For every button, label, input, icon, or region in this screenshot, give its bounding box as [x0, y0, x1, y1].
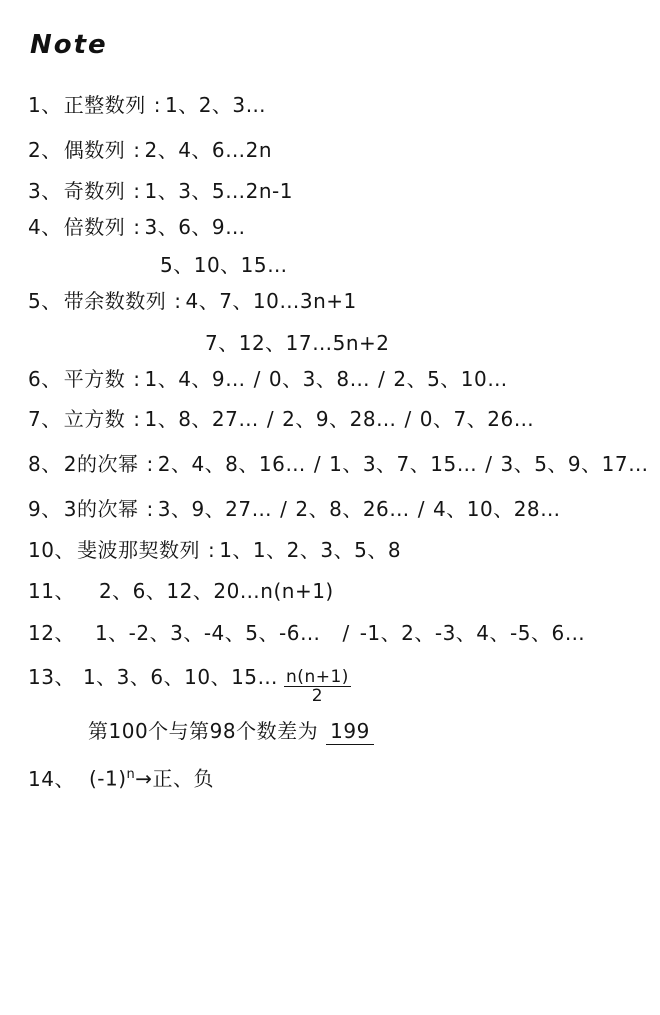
sequence: 3、9、27…	[158, 497, 272, 521]
sequence: 1、3、5…2n-1	[144, 179, 293, 203]
note-line-2: 2、偶数列:2、4、6…2n	[28, 137, 272, 163]
item-label: 平方数	[64, 367, 126, 391]
sequence: 2、9、28…	[282, 407, 396, 431]
sequence: 2、4、6…2n	[144, 138, 272, 162]
colon: :	[133, 367, 140, 391]
slash-separator: /	[405, 407, 412, 431]
item-number: 1、	[28, 93, 62, 117]
sequence: 3、6、9…	[144, 215, 245, 239]
slash-separator: /	[267, 407, 274, 431]
slash-separator: /	[314, 452, 321, 476]
item-number: 6、	[28, 367, 62, 391]
item-number: 10、	[28, 538, 75, 562]
sign-result: 正、负	[153, 767, 215, 791]
note-line-difference: 第100个与第98个数差为199	[88, 718, 374, 744]
item-number: 4、	[28, 215, 62, 239]
colon: :	[146, 497, 153, 521]
slash-separator: /	[342, 621, 349, 645]
sequence: 2、5、10…	[393, 367, 507, 391]
sequence: 4、10、28…	[433, 497, 561, 521]
item-number: 9、	[28, 497, 62, 521]
sequence: 1、1、2、3、5、8	[219, 538, 401, 562]
item-label: 偶数列	[64, 138, 126, 162]
item-label: 斐波那契数列	[77, 538, 200, 562]
colon: :	[154, 93, 161, 117]
note-line-5: 5、带余数数列:4、7、10…3n+1	[28, 288, 357, 314]
item-label: 正整数列	[64, 93, 146, 117]
sequence: 0、3、8…	[269, 367, 370, 391]
item-label: 带余数数列	[64, 289, 167, 313]
item-number: 11、	[28, 579, 75, 603]
colon: :	[208, 538, 215, 562]
note-line-6: 6、平方数:1、4、9…/0、3、8…/2、5、10…	[28, 366, 508, 392]
item-label: 2的次幂	[64, 452, 139, 476]
sequence: 2、8、26…	[295, 497, 409, 521]
sequence: 1、3、7、15…	[329, 452, 477, 476]
sequence: 2、4、8、16…	[158, 452, 306, 476]
note-line-13: 13、1、3、6、10、15…n(n+1)2	[28, 660, 351, 697]
item-number: 12、	[28, 621, 75, 645]
sequence: 3、5、9、17…	[500, 452, 648, 476]
colon: :	[133, 215, 140, 239]
note-line-12: 12、1、-2、3、-4、5、-6…/-1、2、-3、4、-5、6…	[28, 620, 585, 646]
sequence: 1、8、27…	[144, 407, 258, 431]
slash-separator: /	[254, 367, 261, 391]
note-line-8: 8、2的次幂:2、4、8、16…/1、3、7、15…/3、5、9、17…	[28, 451, 649, 477]
item-label: 立方数	[64, 407, 126, 431]
slash-separator: /	[485, 452, 492, 476]
note-line-4-extra: 5、10、15…	[160, 252, 288, 278]
sequence: 5、10、15…	[160, 253, 288, 277]
note-line-10: 10、斐波那契数列:1、1、2、3、5、8	[28, 537, 401, 563]
difference-answer: 199	[326, 719, 374, 745]
note-line-5-extra: 7、12、17…5n+2	[205, 330, 390, 356]
colon: :	[133, 407, 140, 431]
arrow-icon: →	[135, 767, 152, 791]
item-number: 3、	[28, 179, 62, 203]
note-line-9: 9、3的次幂:3、9、27…/2、8、26…/4、10、28…	[28, 496, 561, 522]
note-line-1: 1、正整数列:1、2、3…	[28, 92, 266, 118]
fraction-numerator: n(n+1)	[284, 668, 351, 687]
fraction-formula: n(n+1)2	[284, 668, 351, 705]
difference-note: 第100个与第98个数差为	[88, 719, 318, 743]
item-number: 14、	[28, 767, 75, 791]
sequence: 1、-2、3、-4、5、-6…	[95, 621, 321, 645]
item-label: 3的次幂	[64, 497, 139, 521]
fraction-denominator: 2	[312, 687, 323, 705]
slash-separator: /	[280, 497, 287, 521]
item-number: 5、	[28, 289, 62, 313]
sequence: 0、7、26…	[420, 407, 534, 431]
colon: :	[174, 289, 181, 313]
slash-separator: /	[378, 367, 385, 391]
note-title: Note	[30, 30, 108, 60]
slash-separator: /	[418, 497, 425, 521]
sequence: 1、4、9…	[144, 367, 245, 391]
sequence: 7、12、17…5n+2	[205, 331, 390, 355]
note-line-11: 11、2、6、12、20…n(n+1)	[28, 578, 334, 604]
note-line-3: 3、奇数列:1、3、5…2n-1	[28, 178, 293, 204]
colon: :	[146, 452, 153, 476]
power-base: (-1)	[89, 767, 127, 791]
sequence: 1、2、3…	[165, 93, 266, 117]
item-label: 倍数列	[64, 215, 126, 239]
power-exponent: n	[127, 767, 136, 782]
sequence: 4、7、10…3n+1	[185, 289, 356, 313]
item-number: 8、	[28, 452, 62, 476]
colon: :	[133, 179, 140, 203]
item-label: 奇数列	[64, 179, 126, 203]
item-number: 2、	[28, 138, 62, 162]
sequence: -1、2、-3、4、-5、6…	[360, 621, 586, 645]
item-number: 13、	[28, 665, 75, 689]
colon: :	[133, 138, 140, 162]
note-line-7: 7、立方数:1、8、27…/2、9、28…/0、7、26…	[28, 406, 534, 432]
sequence: 2、6、12、20…n(n+1)	[99, 579, 334, 603]
note-line-14: 14、(-1)n→正、负	[28, 762, 214, 792]
sequence: 1、3、6、10、15…	[83, 665, 278, 689]
item-number: 7、	[28, 407, 62, 431]
note-line-4: 4、倍数列:3、6、9…	[28, 214, 246, 240]
